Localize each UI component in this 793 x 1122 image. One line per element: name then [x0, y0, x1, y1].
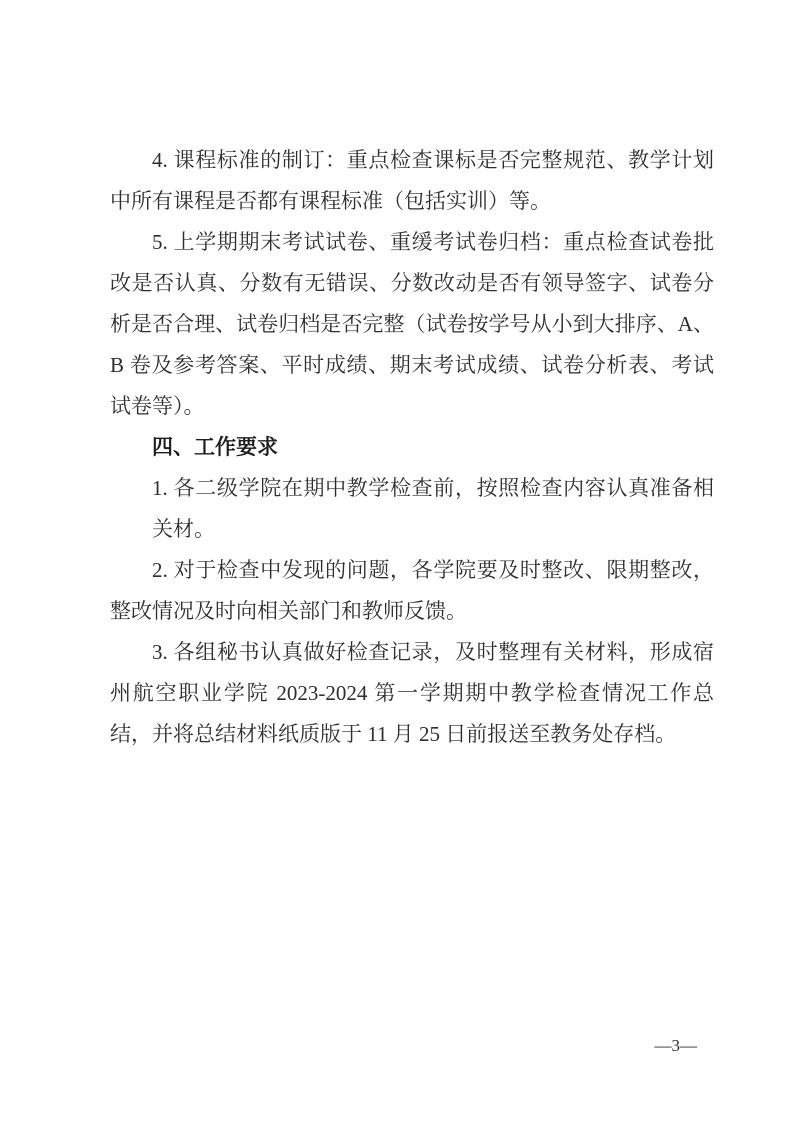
body-line: 结，并将总结材料纸质版于 11 月 25 日前报送至教务处存档。	[110, 714, 714, 755]
body-line: 关材。	[110, 509, 714, 550]
body-line: 试卷等）。	[110, 386, 714, 427]
section-heading: 四、工作要求	[110, 427, 714, 468]
body-line: 中所有课程是否都有课程标准（包括实训）等。	[110, 181, 714, 222]
body-line: 州航空职业学院 2023-2024 第一学期期中教学检查情况工作总	[110, 673, 714, 714]
body-line: 1. 各二级学院在期中教学检查前，按照检查内容认真准备相	[110, 468, 714, 509]
body-line: 4. 课程标准的制订：重点检查课标是否完整规范、教学计划	[110, 140, 714, 181]
document-body: 4. 课程标准的制订：重点检查课标是否完整规范、教学计划 中所有课程是否都有课程…	[110, 140, 714, 755]
body-line: 整改情况及时向相关部门和教师反馈。	[110, 591, 714, 632]
body-line: 改是否认真、分数有无错误、分数改动是否有领导签字、试卷分	[110, 263, 714, 304]
body-line: 2. 对于检查中发现的问题，各学院要及时整改、限期整改，	[110, 550, 714, 591]
body-line: 3. 各组秘书认真做好检查记录，及时整理有关材料，形成宿	[110, 632, 714, 673]
body-line: B 卷及参考答案、平时成绩、期末考试成绩、试卷分析表、考试	[110, 345, 714, 386]
body-line: 5. 上学期期末考试试卷、重缓考试卷归档：重点检查试卷批	[110, 222, 714, 263]
body-line: 析是否合理、试卷归档是否完整（试卷按学号从小到大排序、A、	[110, 304, 714, 345]
page-number: —3—	[655, 1036, 698, 1056]
document-page: 4. 课程标准的制订：重点检查课标是否完整规范、教学计划 中所有课程是否都有课程…	[0, 0, 793, 1122]
